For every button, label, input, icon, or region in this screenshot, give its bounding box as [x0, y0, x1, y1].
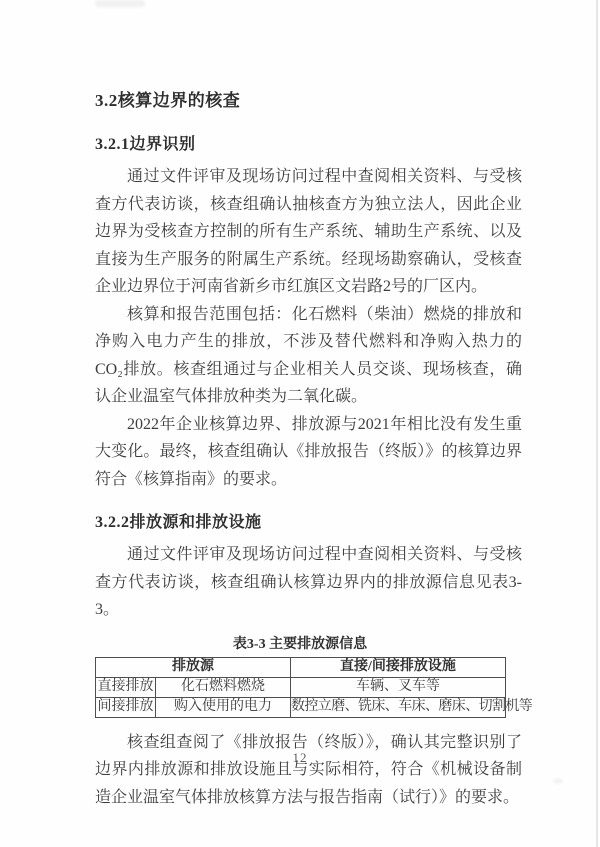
table-caption: 表3-3 主要排放源信息 — [95, 633, 505, 653]
paragraph-boundary-identification-3: 2022年企业核算边界、排放源与2021年相比没有发生重大变化。最终，核查组确认… — [95, 411, 522, 494]
paragraph-boundary-identification-1: 通过文件评审及现场访问过程中查阅相关资料、与受核查方代表访谈，核查组确认抽核查方… — [95, 163, 522, 301]
table-cell-emission-type: 间接排放 — [96, 697, 156, 717]
emission-source-table: 排放源 直接/间接排放设施 直接排放 化石燃料燃烧 车辆、叉车等 间接排放 购入… — [95, 657, 506, 718]
subsection-heading-3-2-1: 3.2.1边界识别 — [95, 131, 522, 154]
table-cell-emission-source: 化石燃料燃烧 — [156, 677, 291, 697]
table-row: 直接排放 化石燃料燃烧 车辆、叉车等 — [96, 677, 506, 697]
table-header-source: 排放源 — [96, 657, 291, 677]
table-header-facility: 直接/间接排放设施 — [291, 657, 506, 677]
scan-artifact-top — [95, 0, 145, 7]
paragraph-boundary-identification-2: 核算和报告范围包括：化石燃料（柴油）燃烧的排放和净购入电力产生的排放，不涉及替代… — [95, 301, 522, 411]
scan-artifact-bottom — [553, 778, 563, 784]
table-cell-emission-facility: 车辆、叉车等 — [291, 677, 506, 697]
table-cell-emission-facility: 数控立磨、铣床、车床、磨床、切割机等 — [291, 697, 506, 717]
paragraph-emission-sources-intro: 通过文件评审及现场访问过程中查阅相关资料、与受核查方代表访谈，核查组确认核算边界… — [95, 541, 522, 624]
table-header-row: 排放源 直接/间接排放设施 — [96, 657, 506, 677]
table-cell-emission-source: 购入使用的电力 — [156, 697, 291, 717]
paragraph-emission-sources-closing: 核查组查阅了《排放报告（终版）》，确认其完整识别了边界内排放源和排放设施且与实际… — [95, 729, 522, 812]
section-heading-3-2: 3.2核算边界的核查 — [95, 86, 522, 111]
scan-edge-line — [596, 0, 598, 847]
document-page: 3.2核算边界的核查 3.2.1边界识别 通过文件评审及现场访问过程中查阅相关资… — [0, 0, 600, 847]
subsection-heading-3-2-2: 3.2.2排放源和排放设施 — [95, 509, 522, 532]
document-content: 3.2核算边界的核查 3.2.1边界识别 通过文件评审及现场访问过程中查阅相关资… — [95, 86, 522, 811]
table-cell-emission-type: 直接排放 — [96, 677, 156, 697]
table-row: 间接排放 购入使用的电力 数控立磨、铣床、车床、磨床、切割机等 — [96, 697, 506, 717]
page-number: 12 — [0, 750, 600, 766]
